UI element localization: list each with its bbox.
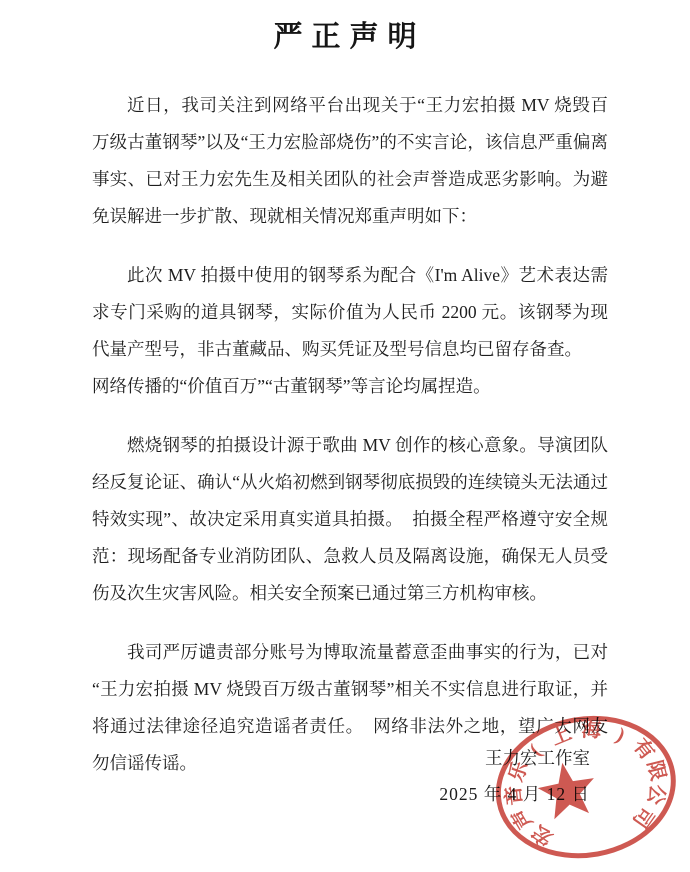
svg-text:司: 司 [628,803,658,833]
document-body: 近日，我司关注到网络平台出现关于“王力宏拍摄 MV 烧毁百万级古董钢琴”以及“王… [92,87,608,782]
svg-text:): ) [613,724,629,747]
statement-paragraph: 此次 MV 拍摄中使用的钢琴系为配合《I'm Alive》艺术表达需求专门采购的… [92,257,608,368]
document-title: 严正声明 [0,0,690,55]
statement-paragraph: 近日，我司关注到网络平台出现关于“王力宏拍摄 MV 烧毁百万级古董钢琴”以及“王… [92,87,608,235]
svg-text:声: 声 [506,804,537,833]
svg-text:公: 公 [643,783,669,808]
statement-paragraph: 网络传播的“价值百万”“古董钢琴”等言论均属捏造。 [92,368,608,405]
signature-block: 王力宏工作室 2025 年 4 月 12 日 [439,746,590,806]
svg-text:限: 限 [643,758,670,783]
signature-date: 2025 年 4 月 12 日 [439,782,590,806]
statement-paragraph: 燃烧钢琴的拍摄设计源于歌曲 MV 创作的核心意象。导演团队经反复论证、确认“从火… [92,427,608,612]
svg-text:有: 有 [629,734,660,765]
signature-name: 王力宏工作室 [439,746,590,770]
svg-text:宏: 宏 [527,820,557,851]
statement-page: 严正声明 近日，我司关注到网络平台出现关于“王力宏拍摄 MV 烧毁百万级古董钢琴… [0,0,690,872]
